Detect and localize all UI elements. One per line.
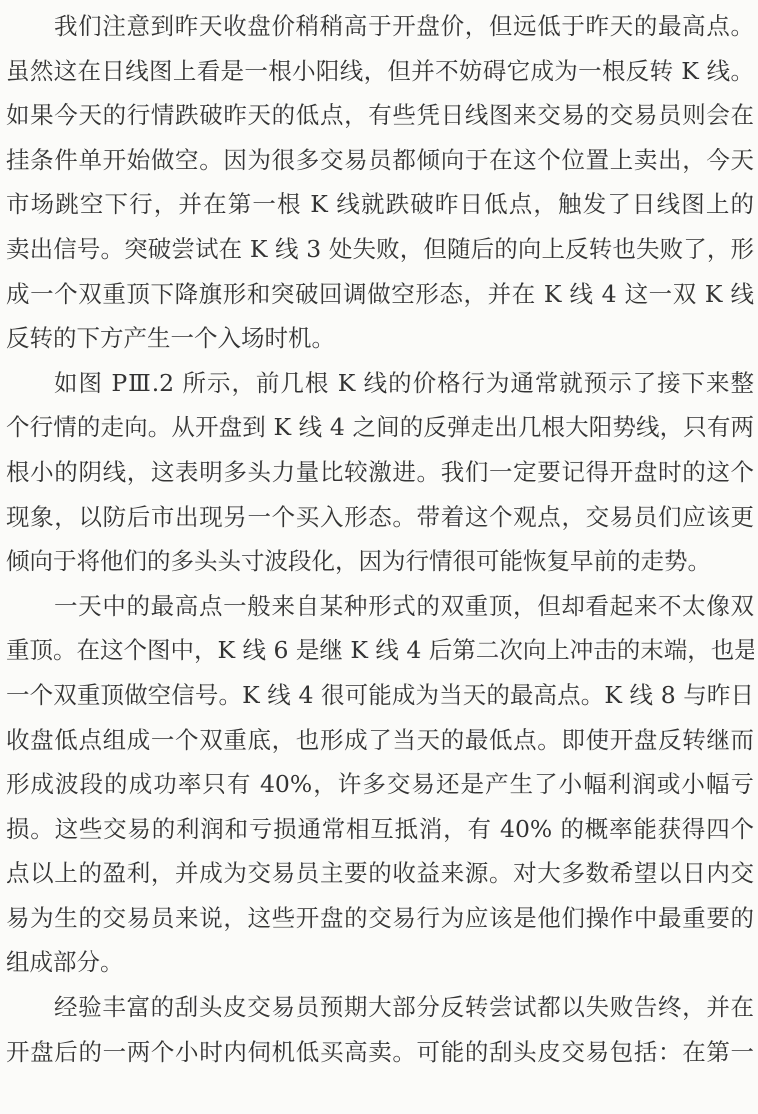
text-line: 现象，以防后市出现另一个买入形态。带着这个观点，交易员们应该更 — [6, 495, 754, 540]
text-line: 我们注意到昨天收盘价稍稍高于开盘价，但远低于昨天的最高点。 — [6, 4, 754, 49]
text-line: 重顶。在这个图中，K 线 6 是继 K 线 4 后第二次向上冲击的末端，也是 — [6, 628, 754, 673]
paragraph-3: 一天中的最高点一般来自某种形式的双重顶，但却看起来不太像双 重顶。在这个图中，K… — [6, 584, 754, 985]
text-line: 反转的下方产生一个入场时机。 — [6, 316, 754, 361]
text-line: 根小的阴线，这表明多头力量比较激进。我们一定要记得开盘时的这个 — [6, 450, 754, 495]
text-line: 易为生的交易员来说，这些开盘的交易行为应该是他们操作中最重要的 — [6, 896, 754, 941]
text-line: 挂条件单开始做空。因为很多交易员都倾向于在这个位置上卖出，今天 — [6, 138, 754, 183]
text-line: 个行情的走向。从开盘到 K 线 4 之间的反弹走出几根大阳势线，只有两 — [6, 405, 754, 450]
text-line: 一个双重顶做空信号。K 线 4 很可能成为当天的最高点。K 线 8 与昨日 — [6, 673, 754, 718]
text-line: 经验丰富的刮头皮交易员预期大部分反转尝试都以失败告终，并在 — [6, 985, 754, 1030]
paragraph-2: 如图 PⅢ.2 所示，前几根 K 线的价格行为通常就预示了接下来整 个行情的走向… — [6, 361, 754, 584]
text-line: 如图 PⅢ.2 所示，前几根 K 线的价格行为通常就预示了接下来整 — [6, 361, 754, 406]
text-line: 形成波段的成功率只有 40%，许多交易还是产生了小幅利润或小幅亏 — [6, 762, 754, 807]
book-page: 我们注意到昨天收盘价稍稍高于开盘价，但远低于昨天的最高点。 虽然这在日线图上看是… — [6, 4, 754, 1074]
text-line: 开盘后的一两个小时内伺机低买高卖。可能的刮头皮交易包括：在第一 — [6, 1030, 754, 1075]
text-line: 一天中的最高点一般来自某种形式的双重顶，但却看起来不太像双 — [6, 584, 754, 629]
text-line: 卖出信号。突破尝试在 K 线 3 处失败，但随后的向上反转也失败了，形 — [6, 227, 754, 272]
text-line: 成一个双重顶下降旗形和突破回调做空形态，并在 K 线 4 这一双 K 线 — [6, 272, 754, 317]
text-line: 收盘低点组成一个双重底，也形成了当天的最低点。即使开盘反转继而 — [6, 718, 754, 763]
text-line: 点以上的盈利，并成为交易员主要的收益来源。对大多数希望以日内交 — [6, 851, 754, 896]
paragraph-4: 经验丰富的刮头皮交易员预期大部分反转尝试都以失败告终，并在 开盘后的一两个小时内… — [6, 985, 754, 1074]
paragraph-1: 我们注意到昨天收盘价稍稍高于开盘价，但远低于昨天的最高点。 虽然这在日线图上看是… — [6, 4, 754, 361]
text-line: 如果今天的行情跌破昨天的低点，有些凭日线图来交易的交易员则会在 — [6, 93, 754, 138]
text-line: 损。这些交易的利润和亏损通常相互抵消，有 40% 的概率能获得四个 — [6, 807, 754, 852]
text-line: 倾向于将他们的多头头寸波段化，因为行情很可能恢复早前的走势。 — [6, 539, 754, 584]
text-line: 组成部分。 — [6, 940, 754, 985]
text-line: 虽然这在日线图上看是一根小阳线，但并不妨碍它成为一根反转 K 线。 — [6, 49, 754, 94]
text-line: 市场跳空下行，并在第一根 K 线就跌破昨日低点，触发了日线图上的 — [6, 182, 754, 227]
